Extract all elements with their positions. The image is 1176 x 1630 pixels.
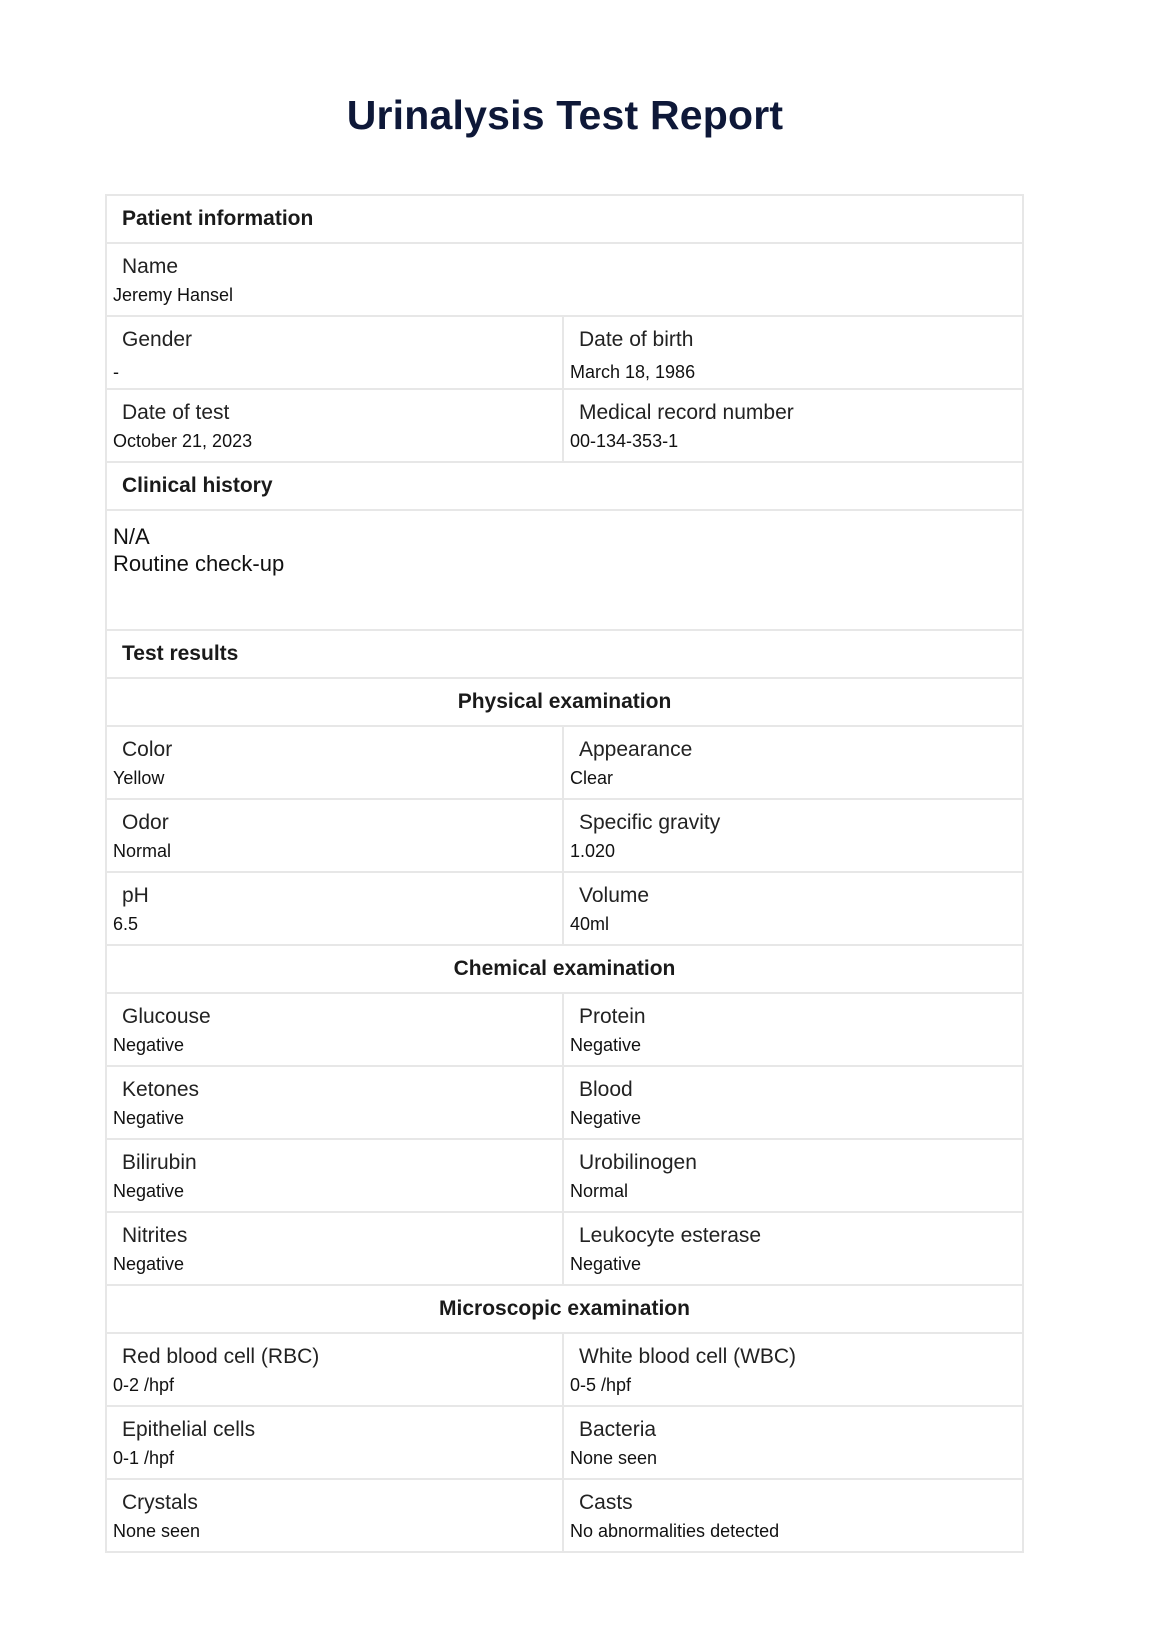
field-label: Bilirubin bbox=[113, 1150, 562, 1176]
field-value: March 18, 1986 bbox=[570, 361, 1022, 383]
field-ketones: Ketones Negative bbox=[107, 1067, 564, 1138]
clinical-history-line: N/A bbox=[113, 523, 1022, 550]
field-value: Normal bbox=[113, 840, 562, 862]
patient-name-row: Name Jeremy Hansel bbox=[107, 244, 1022, 317]
subsection-header-physical: Physical examination bbox=[107, 679, 1022, 727]
result-row: Odor Normal Specific gravity 1.020 bbox=[107, 800, 1022, 873]
field-bilirubin: Bilirubin Negative bbox=[107, 1140, 564, 1211]
field-label: Specific gravity bbox=[570, 810, 1022, 836]
result-row: Crystals None seen Casts No abnormalitie… bbox=[107, 1480, 1022, 1551]
result-row: pH 6.5 Volume 40ml bbox=[107, 873, 1022, 946]
subsection-header-microscopic: Microscopic examination bbox=[107, 1286, 1022, 1334]
field-value: None seen bbox=[113, 1520, 562, 1542]
field-rbc: Red blood cell (RBC) 0-2 /hpf bbox=[107, 1334, 564, 1405]
field-label: Ketones bbox=[113, 1077, 562, 1103]
field-label: Volume bbox=[570, 883, 1022, 909]
field-value: Jeremy Hansel bbox=[113, 284, 1022, 306]
clinical-history-text: N/A Routine check-up bbox=[107, 511, 1022, 631]
field-date-of-birth: Date of birth March 18, 1986 bbox=[564, 317, 1022, 388]
field-gender: Gender - bbox=[107, 317, 564, 388]
field-epithelial-cells: Epithelial cells 0-1 /hpf bbox=[107, 1407, 564, 1478]
field-label: Date of test bbox=[113, 400, 562, 426]
field-value: Negative bbox=[113, 1253, 562, 1275]
field-label: Color bbox=[113, 737, 562, 763]
subsection-heading: Microscopic examination bbox=[439, 1297, 690, 1321]
field-appearance: Appearance Clear bbox=[564, 727, 1022, 798]
field-value: Yellow bbox=[113, 767, 562, 789]
field-value: Negative bbox=[113, 1034, 562, 1056]
subsection-header-chemical: Chemical examination bbox=[107, 946, 1022, 994]
field-label: Date of birth bbox=[570, 327, 1022, 353]
field-label: Leukocyte esterase bbox=[570, 1223, 1022, 1249]
field-value: Normal bbox=[570, 1180, 1022, 1202]
section-heading: Patient information bbox=[122, 207, 313, 231]
field-label: Gender bbox=[113, 327, 562, 353]
result-row: Nitrites Negative Leukocyte esterase Neg… bbox=[107, 1213, 1022, 1286]
result-row: Ketones Negative Blood Negative bbox=[107, 1067, 1022, 1140]
field-crystals: Crystals None seen bbox=[107, 1480, 564, 1551]
field-odor: Odor Normal bbox=[107, 800, 564, 871]
section-header-clinical-history: Clinical history bbox=[107, 463, 1022, 511]
patient-row: Gender - Date of birth March 18, 1986 bbox=[107, 317, 1022, 390]
field-label: Urobilinogen bbox=[570, 1150, 1022, 1176]
field-label: Odor bbox=[113, 810, 562, 836]
field-label: Epithelial cells bbox=[113, 1417, 562, 1443]
field-label: Protein bbox=[570, 1004, 1022, 1030]
result-row: Epithelial cells 0-1 /hpf Bacteria None … bbox=[107, 1407, 1022, 1480]
field-label: Casts bbox=[570, 1490, 1022, 1516]
field-value: 6.5 bbox=[113, 913, 562, 935]
field-color: Color Yellow bbox=[107, 727, 564, 798]
field-value: Negative bbox=[570, 1034, 1022, 1056]
section-header-test-results: Test results bbox=[107, 631, 1022, 679]
field-label: Crystals bbox=[113, 1490, 562, 1516]
field-date-of-test: Date of test October 21, 2023 bbox=[107, 390, 564, 461]
field-value: Negative bbox=[570, 1107, 1022, 1129]
field-wbc: White blood cell (WBC) 0-5 /hpf bbox=[564, 1334, 1022, 1405]
field-ph: pH 6.5 bbox=[107, 873, 564, 944]
field-label: Nitrites bbox=[113, 1223, 562, 1249]
field-value: 0-5 /hpf bbox=[570, 1374, 1022, 1396]
field-value: 0-2 /hpf bbox=[113, 1374, 562, 1396]
field-value: 0-1 /hpf bbox=[113, 1447, 562, 1469]
field-label: Appearance bbox=[570, 737, 1022, 763]
field-value: No abnormalities detected bbox=[570, 1520, 1022, 1542]
subsection-heading: Chemical examination bbox=[454, 957, 676, 981]
field-urobilinogen: Urobilinogen Normal bbox=[564, 1140, 1022, 1211]
patient-row: Date of test October 21, 2023 Medical re… bbox=[107, 390, 1022, 463]
field-casts: Casts No abnormalities detected bbox=[564, 1480, 1022, 1551]
report-table: Patient information Name Jeremy Hansel G… bbox=[105, 194, 1024, 1553]
field-value: October 21, 2023 bbox=[113, 430, 562, 452]
field-specific-gravity: Specific gravity 1.020 bbox=[564, 800, 1022, 871]
field-value: 00-134-353-1 bbox=[570, 430, 1022, 452]
field-label: White blood cell (WBC) bbox=[570, 1344, 1022, 1370]
result-row: Red blood cell (RBC) 0-2 /hpf White bloo… bbox=[107, 1334, 1022, 1407]
field-label: Medical record number bbox=[570, 400, 1022, 426]
result-row: Color Yellow Appearance Clear bbox=[107, 727, 1022, 800]
field-medical-record-number: Medical record number 00-134-353-1 bbox=[564, 390, 1022, 461]
field-nitrites: Nitrites Negative bbox=[107, 1213, 564, 1284]
field-label: Red blood cell (RBC) bbox=[113, 1344, 562, 1370]
field-leukocyte-esterase: Leukocyte esterase Negative bbox=[564, 1213, 1022, 1284]
field-label: Bacteria bbox=[570, 1417, 1022, 1443]
field-value: 40ml bbox=[570, 913, 1022, 935]
field-name: Name Jeremy Hansel bbox=[107, 244, 1022, 315]
subsection-heading: Physical examination bbox=[458, 690, 672, 714]
field-value: - bbox=[113, 361, 562, 383]
field-value: Clear bbox=[570, 767, 1022, 789]
field-label: Glucouse bbox=[113, 1004, 562, 1030]
result-row: Bilirubin Negative Urobilinogen Normal bbox=[107, 1140, 1022, 1213]
field-bacteria: Bacteria None seen bbox=[564, 1407, 1022, 1478]
field-value: Negative bbox=[113, 1180, 562, 1202]
field-blood: Blood Negative bbox=[564, 1067, 1022, 1138]
field-label: Name bbox=[113, 254, 1022, 280]
clinical-history-line: Routine check-up bbox=[113, 550, 1022, 577]
field-value: Negative bbox=[113, 1107, 562, 1129]
section-header-patient-information: Patient information bbox=[107, 196, 1022, 244]
section-heading: Clinical history bbox=[122, 474, 273, 498]
field-label: Blood bbox=[570, 1077, 1022, 1103]
field-value: Negative bbox=[570, 1253, 1022, 1275]
field-value: 1.020 bbox=[570, 840, 1022, 862]
field-volume: Volume 40ml bbox=[564, 873, 1022, 944]
result-row: Glucouse Negative Protein Negative bbox=[107, 994, 1022, 1067]
report-title: Urinalysis Test Report bbox=[0, 92, 1130, 139]
field-label: pH bbox=[113, 883, 562, 909]
field-protein: Protein Negative bbox=[564, 994, 1022, 1065]
section-heading: Test results bbox=[122, 642, 238, 666]
field-value: None seen bbox=[570, 1447, 1022, 1469]
field-glucose: Glucouse Negative bbox=[107, 994, 564, 1065]
